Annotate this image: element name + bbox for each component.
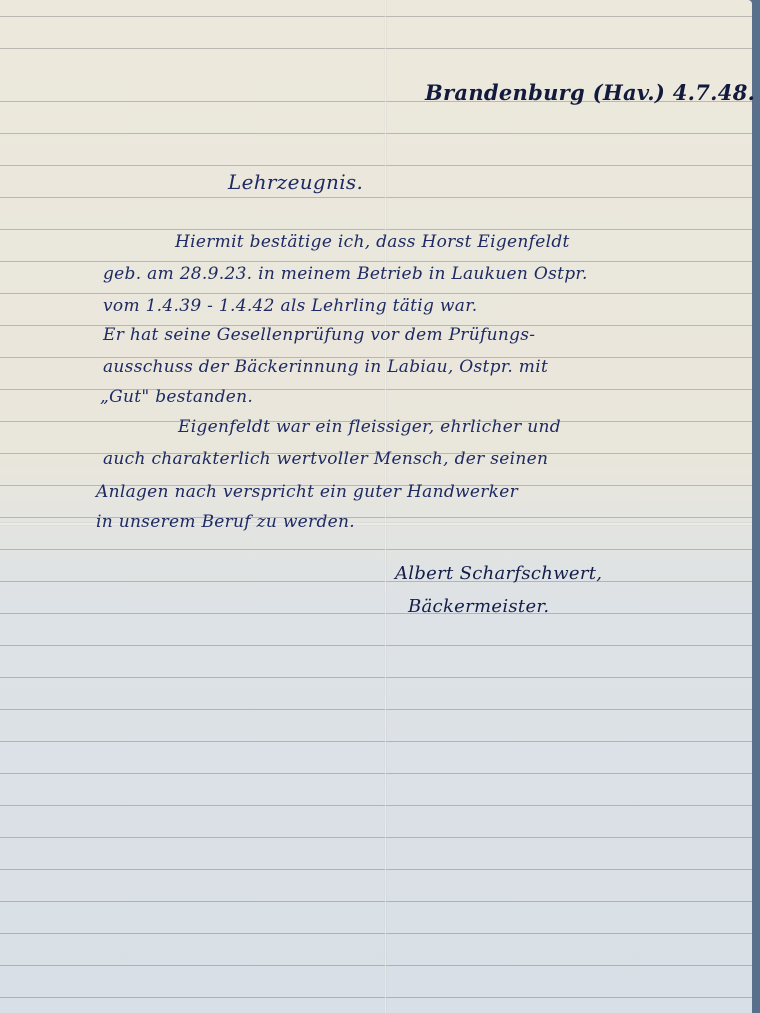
- body-line: in unserem Beruf zu werden.: [96, 512, 355, 532]
- body-line: ausschuss der Bäckerinnung in Labiau, Os…: [103, 357, 548, 377]
- body-line: auch charakterlich wertvoller Mensch, de…: [103, 449, 548, 469]
- vertical-fold-crease: [384, 0, 387, 1013]
- body-line: „Gut" bestanden.: [100, 387, 253, 407]
- place-and-date: Brandenburg (Hav.) 4.7.48.: [425, 80, 755, 105]
- body-line: geb. am 28.9.23. in meinem Betrieb in La…: [103, 264, 588, 284]
- body-line: Anlagen nach verspricht ein guter Handwe…: [96, 482, 518, 502]
- body-line: Er hat seine Gesellenprüfung vor dem Prü…: [103, 325, 535, 345]
- signature-name: Albert Scharfschwert,: [395, 563, 602, 584]
- body-line: Hiermit bestätige ich, dass Horst Eigenf…: [175, 232, 570, 252]
- body-line: vom 1.4.39 - 1.4.42 als Lehrling tätig w…: [103, 296, 477, 316]
- letter-paper: Brandenburg (Hav.) 4.7.48. Lehrzeugnis. …: [0, 0, 752, 1013]
- ruled-lines: [0, 0, 752, 1013]
- letter-title: Lehrzeugnis.: [228, 170, 363, 194]
- signature-title: Bäckermeister.: [408, 596, 549, 617]
- body-line: Eigenfeldt war ein fleissiger, ehrlicher…: [178, 417, 561, 437]
